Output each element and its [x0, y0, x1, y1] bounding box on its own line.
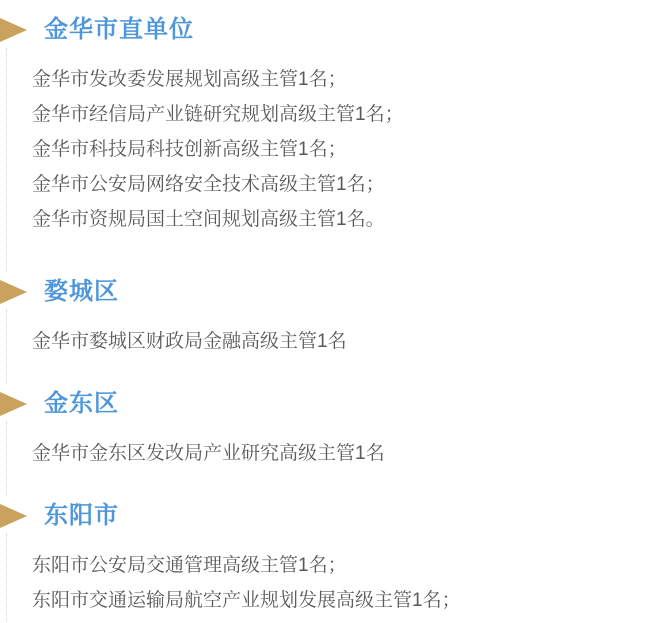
position-line: 金华市发改委发展规划高级主管1名； — [32, 62, 660, 97]
section-header: 东阳市 — [0, 502, 660, 530]
position-line: 东阳市公安局交通管理高级主管1名； — [32, 548, 660, 583]
section-title: 东阳市 — [44, 502, 119, 530]
gold-arrow-icon — [0, 18, 27, 42]
recruitment-positions-list: 金华市直单位 金华市发改委发展规划高级主管1名； 金华市经信局产业链研究规划高级… — [0, 0, 660, 623]
timeline-connector-line — [6, 422, 7, 496]
section-header: 金东区 — [0, 390, 660, 418]
section-jinhua-municipal-units: 金华市直单位 金华市发改委发展规划高级主管1名； 金华市经信局产业链研究规划高级… — [0, 16, 660, 278]
position-line: 金华市资规局国土空间规划高级主管1名。 — [32, 202, 660, 237]
gold-arrow-icon — [0, 504, 27, 528]
section-jindong-district: 金东区 金华市金东区发改局产业研究高级主管1名 — [0, 390, 660, 502]
timeline-connector-line — [6, 48, 7, 272]
position-list: 东阳市公安局交通管理高级主管1名； 东阳市交通运输局航空产业规划发展高级主管1名… — [0, 548, 660, 618]
position-list: 金华市金东区发改局产业研究高级主管1名 — [0, 436, 660, 471]
position-line: 金华市经信局产业链研究规划高级主管1名； — [32, 97, 660, 132]
gold-arrow-icon — [0, 392, 27, 416]
position-list: 金华市发改委发展规划高级主管1名； 金华市经信局产业链研究规划高级主管1名； 金… — [0, 62, 660, 237]
position-line: 金华市公安局网络安全技术高级主管1名； — [32, 167, 660, 202]
section-header: 金华市直单位 — [0, 16, 660, 44]
section-title: 婺城区 — [44, 278, 119, 306]
position-line: 东阳市交通运输局航空产业规划发展高级主管1名； — [32, 583, 660, 618]
position-list: 金华市婺城区财政局金融高级主管1名 — [0, 324, 660, 359]
position-line: 金华市科技局科技创新高级主管1名； — [32, 132, 660, 167]
timeline-connector-line — [6, 534, 7, 623]
section-wucheng-district: 婺城区 金华市婺城区财政局金融高级主管1名 — [0, 278, 660, 390]
section-dongyang-city: 东阳市 东阳市公安局交通管理高级主管1名； 东阳市交通运输局航空产业规划发展高级… — [0, 502, 660, 623]
position-line: 金华市婺城区财政局金融高级主管1名 — [32, 324, 660, 359]
section-title: 金华市直单位 — [44, 16, 194, 44]
gold-arrow-icon — [0, 280, 27, 304]
section-header: 婺城区 — [0, 278, 660, 306]
section-title: 金东区 — [44, 390, 119, 418]
timeline-connector-line — [6, 310, 7, 384]
position-line: 金华市金东区发改局产业研究高级主管1名 — [32, 436, 660, 471]
